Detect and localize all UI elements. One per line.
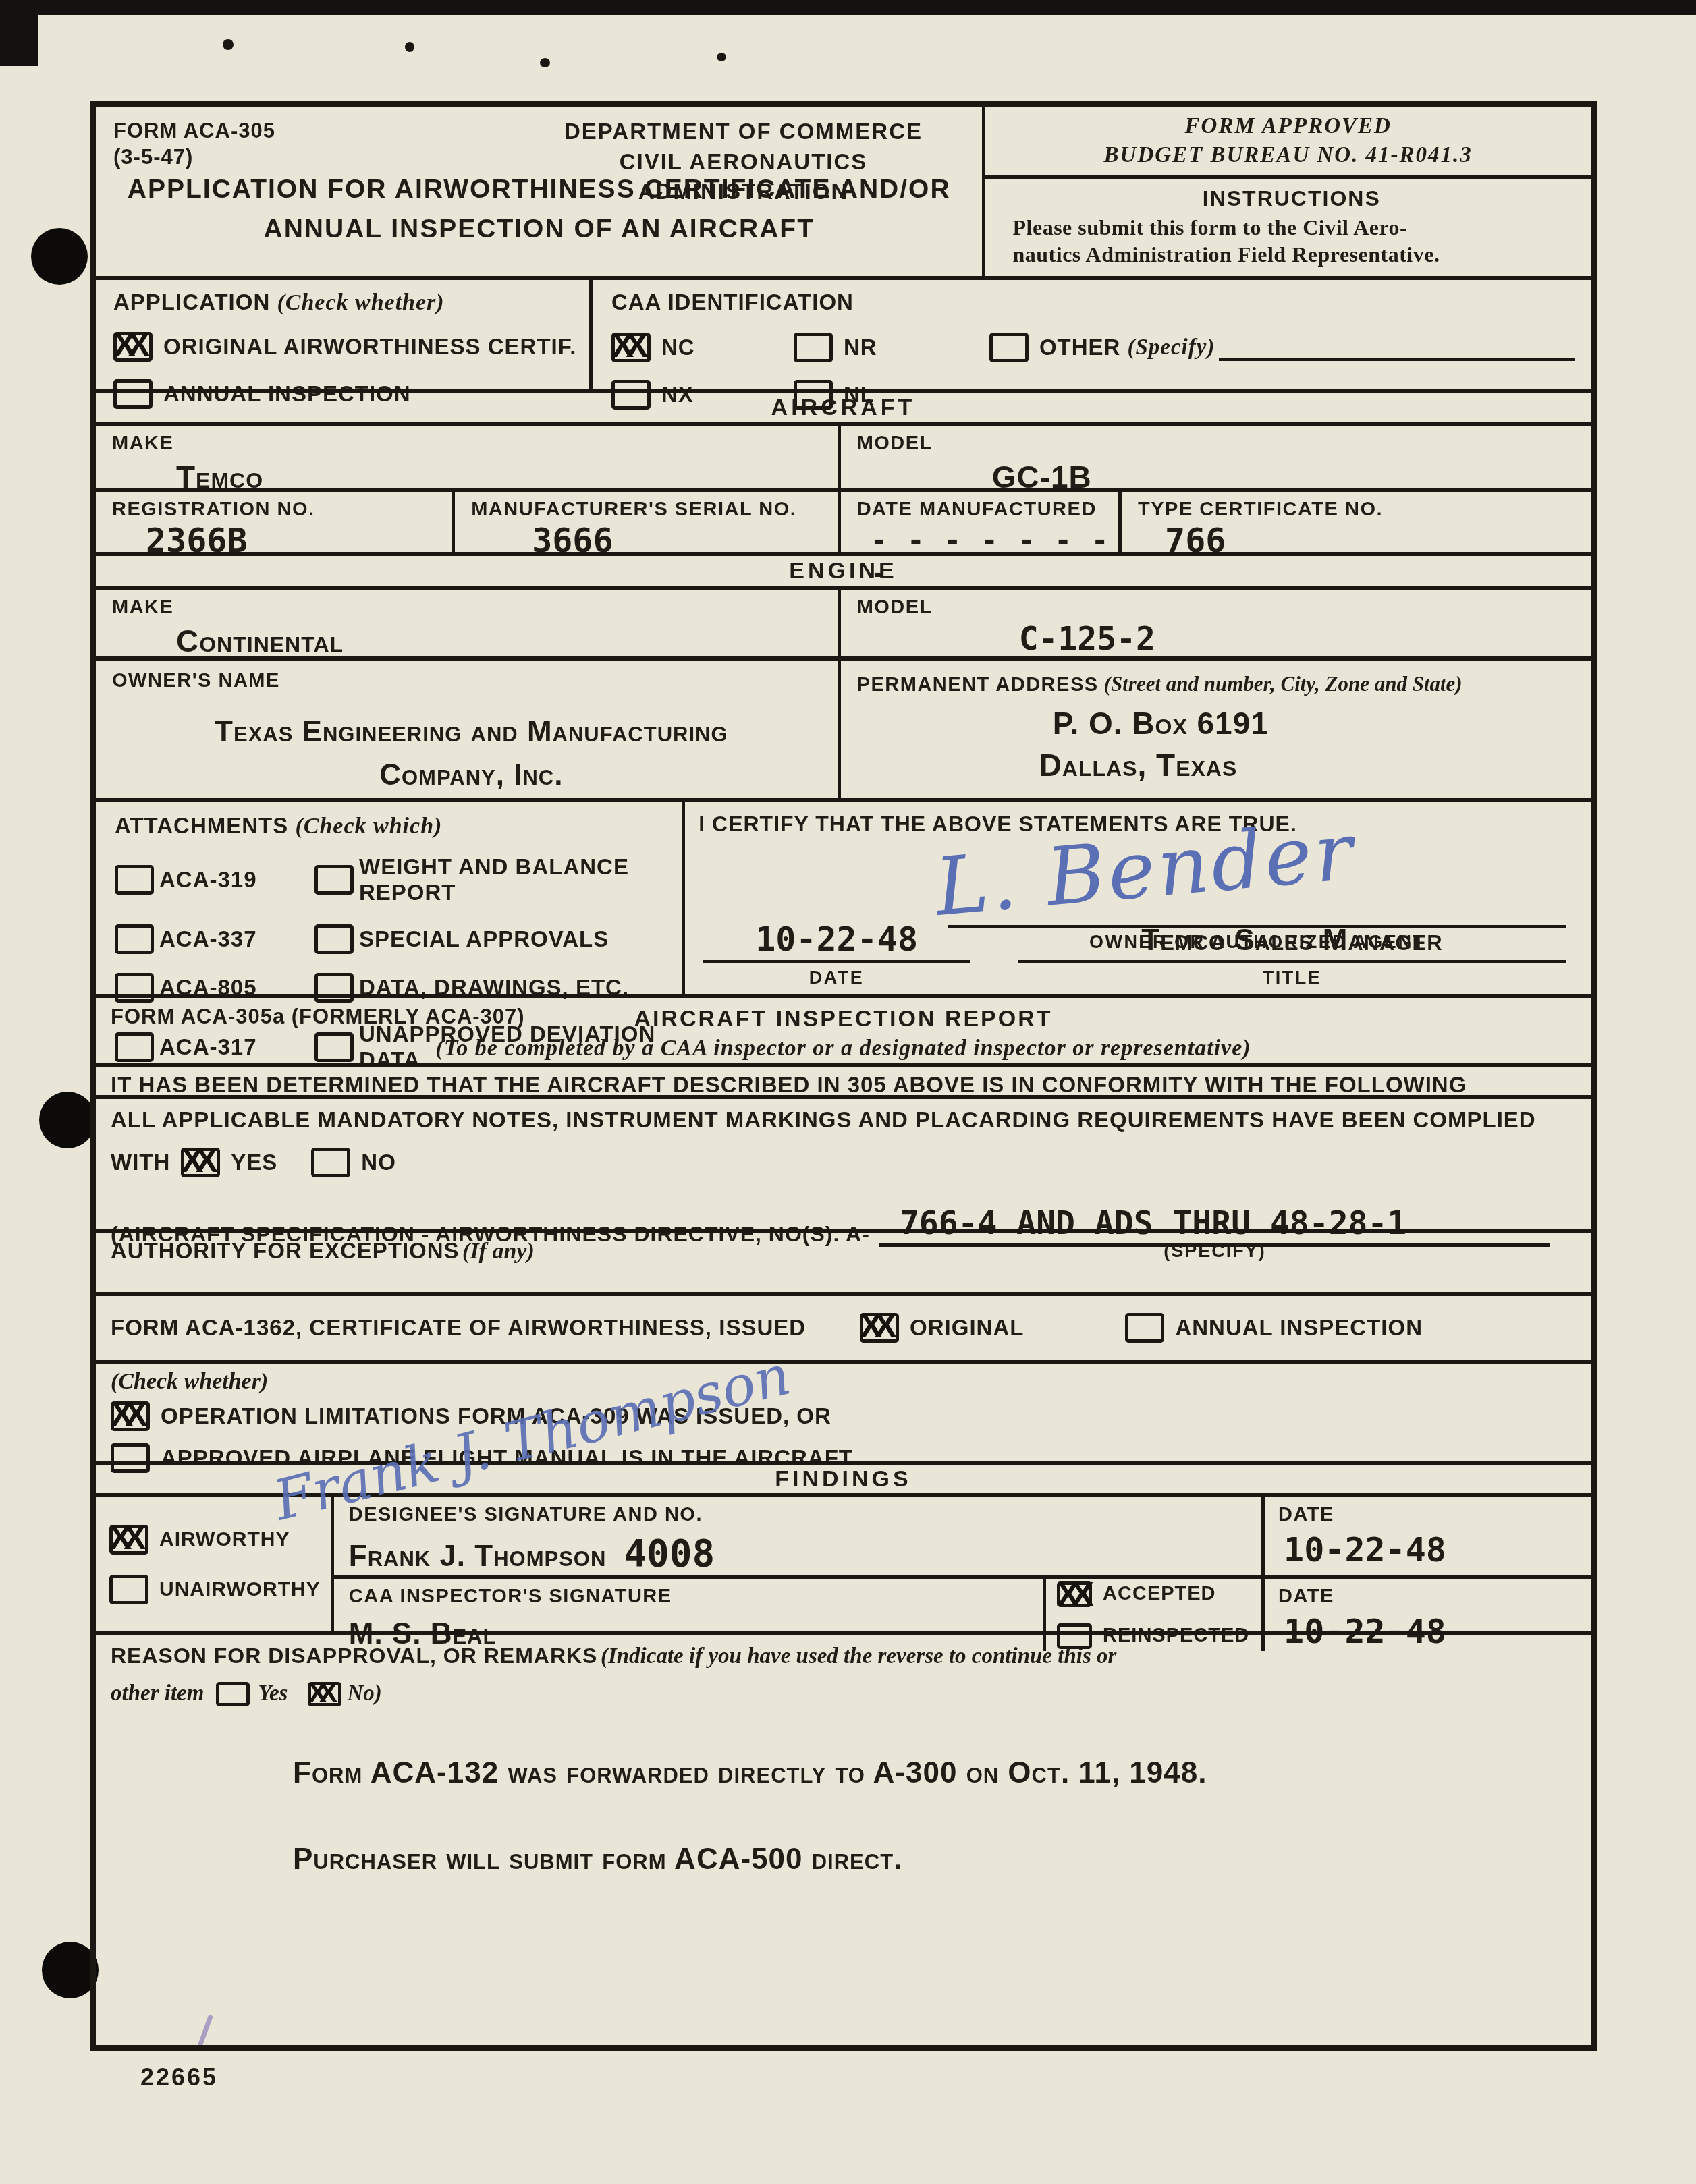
unairworthy-option: UNAIRWORTHY (109, 1575, 331, 1604)
engine-model-value: C-125-2 (1019, 620, 1584, 658)
authority-exceptions-section: AUTHORITY FOR EXCEPTIONS (If any) (96, 1229, 1591, 1292)
address-line2: Dallas, Texas (1039, 747, 1564, 783)
checkbox-airworthy-checked: XX (109, 1525, 148, 1555)
remarks-line1: Form ACA-132 was forwarded directly to A… (293, 1756, 1575, 1790)
registration-label: REGISTRATION NO. (112, 499, 445, 521)
compliance-no-label: NO (361, 1150, 396, 1175)
designee-signature-value: Frank J. Thompson 4008 (349, 1532, 1261, 1575)
owner-name-line1: Texas Engineering and Manufacturing (112, 715, 831, 749)
checkbox-nc-checked: XX (611, 333, 651, 362)
scan-speck (540, 58, 550, 67)
form-number: FORM ACA-305 (113, 118, 275, 144)
remarks-label: REASON FOR DISAPPROVAL, OR REMARKS (111, 1644, 597, 1668)
checkbox-issued-original-checked: XX (860, 1313, 899, 1343)
inspection-report-title: AIRCRAFT INSPECTION REPORT (96, 1006, 1591, 1032)
certify-title-value: Temco Sales Manager (1018, 924, 1566, 957)
engine-model-label: MODEL (857, 596, 1584, 619)
attachments-cell: ATTACHMENTS (Check which) ACA-319 WEIGHT… (96, 802, 682, 994)
instructions-body: Please submit this form to the Civil Aer… (1012, 214, 1570, 268)
aircraft-section-header: AIRCRAFT (96, 389, 1591, 422)
hole-punch (31, 228, 88, 285)
application-note: (Check whether) (277, 290, 444, 315)
aca-1362-label: FORM ACA-1362, CERTIFICATE OF AIRWORTHIN… (111, 1315, 806, 1341)
application-label: APPLICATION (Check whether) (113, 289, 582, 316)
aircraft-model-label: MODEL (857, 432, 1584, 455)
permanent-address-cell: PERMANENT ADDRESS (Street and number, Ci… (838, 661, 1591, 798)
form-approved-line1: FORM APPROVED (1185, 112, 1392, 141)
owner-name-line2: Company, Inc. (112, 758, 831, 792)
attachments-certify-row: ATTACHMENTS (Check which) ACA-319 WEIGHT… (96, 798, 1591, 994)
form-title-line1: APPLICATION FOR AIRWORTHINESS CERTIFICAT… (96, 170, 982, 210)
date-manufactured-label: DATE MANUFACTURED (857, 499, 1112, 521)
department-line1: DEPARTMENT OF COMMERCE (520, 117, 966, 147)
caa-option-nc: XX NC (611, 333, 794, 362)
scan-speck (717, 53, 726, 61)
certify-date-block: 10-22-48 DATE (703, 920, 970, 988)
form-title: APPLICATION FOR AIRWORTHINESS CERTIFICAT… (96, 170, 982, 249)
remarks-note1: (Indicate if you have used the reverse t… (601, 1644, 1116, 1669)
application-caa-row: APPLICATION (Check whether) XX ORIGINAL … (96, 276, 1591, 389)
inspection-report-subtitle: (To be completed by a CAA inspector or a… (96, 1036, 1591, 1061)
remarks-yes-label: Yes (258, 1681, 288, 1706)
aircraft-make-cell: MAKE Temco (96, 426, 838, 488)
caa-other-blank-line (1219, 335, 1575, 361)
check-whether-label: (Check whether) (111, 1369, 1577, 1395)
checkbox-weight-balance (314, 865, 354, 895)
checkbox-reverse-yes (216, 1682, 250, 1706)
registration-cell: REGISTRATION NO. 2366B (96, 492, 452, 552)
compliance-with: WITH (111, 1150, 170, 1175)
scan-artifact-corner (0, 0, 38, 66)
checkbox-reverse-no-checked: XX (308, 1682, 341, 1706)
checkbox-aca-319 (115, 865, 154, 895)
owner-name-cell: OWNER'S NAME Texas Engineering and Manuf… (96, 661, 838, 798)
attachment-name: SPECIAL APPROVALS (359, 926, 675, 952)
remarks-header-line2: other item Yes XX No) (111, 1681, 1575, 1706)
scanned-form-page: FORM ACA-305 (3-5-47) DEPARTMENT OF COMM… (0, 0, 1696, 2184)
caa-option-other: OTHER (Specify) (989, 333, 1575, 362)
engine-model-cell: MODEL C-125-2 (838, 590, 1591, 656)
aca-1362-row: FORM ACA-1362, CERTIFICATE OF AIRWORTHIN… (96, 1292, 1591, 1360)
determined-line: IT HAS BEEN DETERMINED THAT THE AIRCRAFT… (96, 1063, 1591, 1095)
designee-signature-cell: DESIGNEE'S SIGNATURE AND NO. Frank J. Th… (334, 1497, 1261, 1575)
certify-date-line (703, 960, 970, 963)
designee-date-value: 10-22-48 (1284, 1530, 1591, 1569)
engine-section-header: ENGINE (96, 552, 1591, 586)
caa-other-note: (Specify) (1127, 335, 1215, 360)
aca-1362-original: XX ORIGINAL (860, 1313, 1024, 1343)
designee-row: DESIGNEE'S SIGNATURE AND NO. Frank J. Th… (334, 1497, 1591, 1575)
certify-date-caption: DATE (703, 968, 970, 988)
header-left-cell: FORM ACA-305 (3-5-47) DEPARTMENT OF COMM… (96, 107, 982, 276)
check-whether-section: (Check whether) XX OPERATION LIMITATIONS… (96, 1360, 1591, 1461)
form-header: FORM ACA-305 (3-5-47) DEPARTMENT OF COMM… (96, 107, 1591, 276)
aircraft-registration-row: REGISTRATION NO. 2366B MANUFACTURER'S SE… (96, 488, 1591, 552)
instructions-box: INSTRUCTIONS Please submit this form to … (985, 175, 1591, 276)
application-cell: APPLICATION (Check whether) XX ORIGINAL … (96, 280, 589, 389)
form-title-line2: ANNUAL INSPECTION OF AN AIRCRAFT (96, 210, 982, 250)
engine-make-label: MAKE (112, 596, 831, 619)
attachment-code: ACA-319 (159, 867, 314, 893)
designee-signature-label: DESIGNEE'S SIGNATURE AND NO. (349, 1504, 1261, 1526)
certify-title-block: Temco Sales Manager TITLE (1018, 924, 1566, 988)
designee-date-cell: DATE 10-22-48 (1261, 1497, 1591, 1575)
compliance-line2: WITH XX YES NO (96, 1142, 1591, 1177)
inspection-report-header: FORM ACA-305a (FORMERLY ACA-307) AIRCRAF… (96, 994, 1591, 1063)
address-line1: P. O. Box 6191 (1053, 705, 1564, 741)
scan-speck (405, 42, 414, 52)
authority-label: AUTHORITY FOR EXCEPTIONS (111, 1238, 460, 1263)
form-revision-date: (3-5-47) (113, 144, 275, 171)
checkbox-operation-limitations-checked: XX (111, 1401, 150, 1431)
engine-make-cell: MAKE Continental (96, 590, 838, 656)
caa-inspector-label: CAA INSPECTOR'S SIGNATURE (349, 1586, 1043, 1608)
header-right-cell: FORM APPROVED BUDGET BUREAU NO. 41-R041.… (982, 107, 1591, 276)
caa-label: CAA IDENTIFICATION (611, 289, 1575, 315)
remarks-no-label: No) (347, 1681, 381, 1706)
checkbox-complied-no (311, 1148, 350, 1177)
checkbox-nr (794, 333, 833, 362)
date-manufactured-cell: DATE MANUFACTURED - - - - - - - - (838, 492, 1118, 552)
certification-cell: I CERTIFY THAT THE ABOVE STATEMENTS ARE … (682, 802, 1591, 994)
caa-option-nr: NR (794, 333, 989, 362)
form-approved-box: FORM APPROVED BUDGET BUREAU NO. 41-R041.… (985, 107, 1591, 175)
permanent-address-label: PERMANENT ADDRESS (Street and number, Ci… (857, 670, 1564, 698)
permanent-address-note: (Street and number, City, Zone and State… (1104, 672, 1462, 696)
designee-typed-name: Frank J. Thompson (349, 1540, 607, 1573)
remarks-header-line1: REASON FOR DISAPPROVAL, OR REMARKS (Indi… (111, 1644, 1575, 1669)
designee-date-label: DATE (1278, 1504, 1591, 1526)
attachment-name: WEIGHT AND BALANCE REPORT (359, 854, 675, 905)
compliance-yes-label: YES (231, 1150, 277, 1175)
certify-date-title-row: 10-22-48 DATE Temco Sales Manager TITLE (703, 920, 1566, 988)
remarks-line2: Purchaser will submit form ACA-500 direc… (293, 1843, 1575, 1876)
checkbox-unairworthy (109, 1575, 148, 1604)
compliance-section: ALL APPLICABLE MANDATORY NOTES, INSTRUME… (96, 1095, 1591, 1229)
engine-make-value: Continental (176, 623, 831, 659)
application-option-original: XX ORIGINAL AIRWORTHINESS CERTIF. (113, 332, 582, 362)
caa-identification-cell: CAA IDENTIFICATION XX NC NR OTHER (Speci… (589, 280, 1591, 389)
checkbox-other (989, 333, 1029, 362)
caa-row-1: XX NC NR OTHER (Specify) (611, 333, 1575, 362)
aircraft-make-model-row: MAKE Temco MODEL GC-1B (96, 422, 1591, 488)
form-aca-305: FORM ACA-305 (3-5-47) DEPARTMENT OF COMM… (90, 101, 1597, 2051)
remarks-note2: other item (111, 1681, 204, 1706)
instructions-title: INSTRUCTIONS (1012, 186, 1570, 211)
scan-speck (223, 39, 234, 50)
certify-date-value: 10-22-48 (703, 920, 970, 959)
authority-note: (If any) (462, 1239, 535, 1264)
certify-title-line (1018, 960, 1566, 963)
hole-punch (39, 1092, 96, 1148)
engine-make-model-row: MAKE Continental MODEL C-125-2 (96, 586, 1591, 656)
aircraft-model-cell: MODEL GC-1B (838, 426, 1591, 488)
checkbox-special-approvals (314, 924, 354, 954)
owner-name-label: OWNER'S NAME (112, 670, 831, 692)
type-certificate-label: TYPE CERTIFICATE NO. (1138, 499, 1584, 521)
accepted-option: XX ACCEPTED (1057, 1581, 1261, 1607)
remarks-section: REASON FOR DISAPPROVAL, OR REMARKS (Indi… (96, 1631, 1591, 2045)
aca-1362-annual: ANNUAL INSPECTION (1125, 1313, 1423, 1343)
form-number-block: FORM ACA-305 (3-5-47) (113, 118, 275, 171)
checkbox-original-airworthiness-checked: XX (113, 332, 153, 362)
checkbox-issued-annual (1125, 1313, 1164, 1343)
serial-label: MANUFACTURER'S SERIAL NO. (471, 499, 830, 521)
checkbox-aca-337 (115, 924, 154, 954)
designee-number: 4008 (624, 1532, 715, 1575)
compliance-line1: ALL APPLICABLE MANDATORY NOTES, INSTRUME… (96, 1099, 1591, 1133)
aircraft-make-label: MAKE (112, 432, 831, 455)
serial-stamp: 22665 (140, 2063, 218, 2092)
attachments-label: ATTACHMENTS (Check which) (115, 813, 675, 839)
checkbox-complied-yes-checked: XX (181, 1148, 220, 1177)
operation-limitations-option: XX OPERATION LIMITATIONS FORM ACA-309 WA… (111, 1401, 1577, 1431)
scan-artifact-top-bar (0, 0, 1696, 15)
serial-cell: MANUFACTURER'S SERIAL NO. 3666 (452, 492, 837, 552)
caa-date-label: DATE (1278, 1586, 1591, 1608)
certify-title-caption: TITLE (1018, 968, 1566, 988)
budget-bureau-no: BUDGET BUREAU NO. 41-R041.3 (1104, 141, 1473, 170)
owner-address-row: OWNER'S NAME Texas Engineering and Manuf… (96, 656, 1591, 798)
checkbox-accepted-checked: XX (1057, 1581, 1092, 1607)
type-certificate-cell: TYPE CERTIFICATE NO. 766 (1118, 492, 1591, 552)
attachments-note: (Check which) (295, 814, 442, 839)
attachment-code: ACA-337 (159, 926, 314, 952)
findings-right-area: DESIGNEE'S SIGNATURE AND NO. Frank J. Th… (331, 1497, 1591, 1631)
